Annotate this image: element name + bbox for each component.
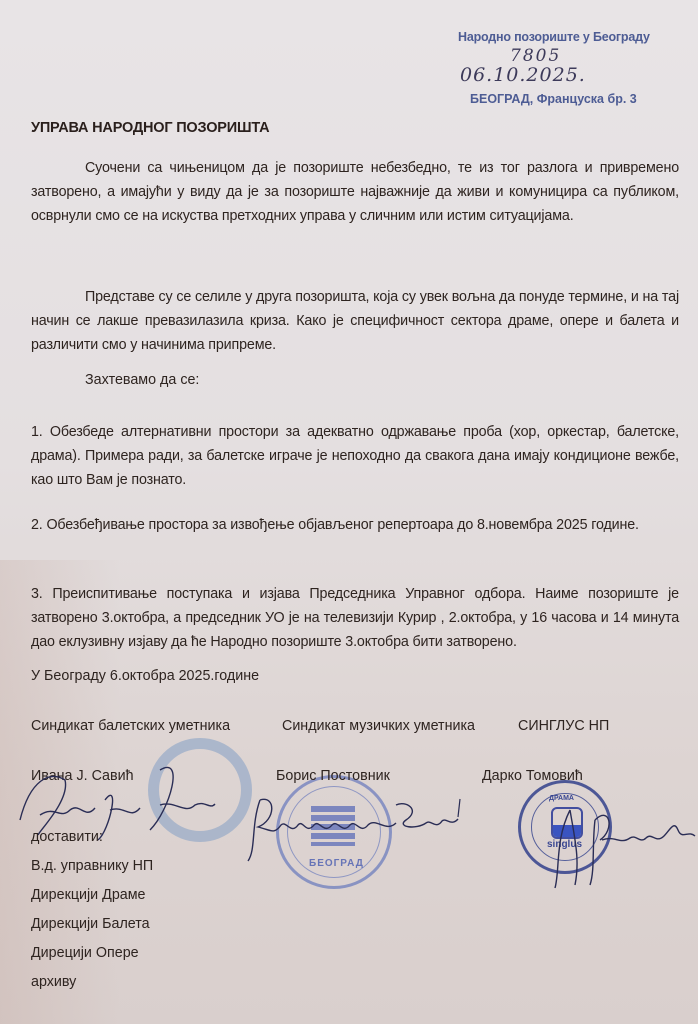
document-heading: УПРАВА НАРОДНОГ ПОЗОРИШТА bbox=[31, 120, 269, 136]
document-page: Народно позориште у Београду 7805 06.10.… bbox=[0, 0, 698, 1024]
recipient-item: Дирецији Опере bbox=[31, 939, 153, 968]
paragraph-intro: Суочени са чињеницом да је позориште неб… bbox=[31, 156, 679, 228]
recipient-item: Дирекцији Балета bbox=[31, 910, 153, 939]
union-ballet: Синдикат балетских уметника bbox=[31, 718, 230, 734]
registry-address: БЕОГРАД, Француска бр. 3 bbox=[470, 92, 637, 106]
demands-intro: Захтевамо да се: bbox=[85, 372, 199, 388]
recipient-item: В.д. управнику НП bbox=[31, 852, 153, 881]
recipient-item: архиву bbox=[31, 968, 153, 997]
signature-2-icon bbox=[246, 795, 466, 870]
demand-item-2: 2. Обезбеђивање простора за извођење обј… bbox=[31, 513, 679, 537]
demand-item-3: 3. Преиспитивање поступака и изјава Пред… bbox=[31, 582, 679, 654]
delivery-label: доставити: bbox=[31, 823, 153, 852]
delivery-list: доставити: В.д. управнику НП Дирекцији Д… bbox=[31, 823, 153, 997]
registry-date: 06.10.2025. bbox=[460, 64, 586, 86]
registry-institution: Народно позориште у Београду bbox=[458, 30, 650, 44]
paragraph-context: Представе су се селиле у друга позоришта… bbox=[31, 285, 679, 357]
signer-name-3: Дарко Томовић bbox=[482, 768, 583, 784]
demand-item-1: 1. Обезбеде алтернативни простори за аде… bbox=[31, 420, 679, 492]
place-and-date: У Београду 6.октобра 2025.године bbox=[31, 668, 259, 684]
recipient-item: Дирекцији Драме bbox=[31, 881, 153, 910]
union-music: Синдикат музичких уметника bbox=[282, 718, 475, 734]
union-singlus: СИНГЛУС НП bbox=[518, 718, 609, 734]
registry-number: 7805 bbox=[510, 46, 561, 66]
signer-name-2: Борис Постовник bbox=[276, 768, 390, 784]
signature-3-icon bbox=[540, 800, 698, 895]
